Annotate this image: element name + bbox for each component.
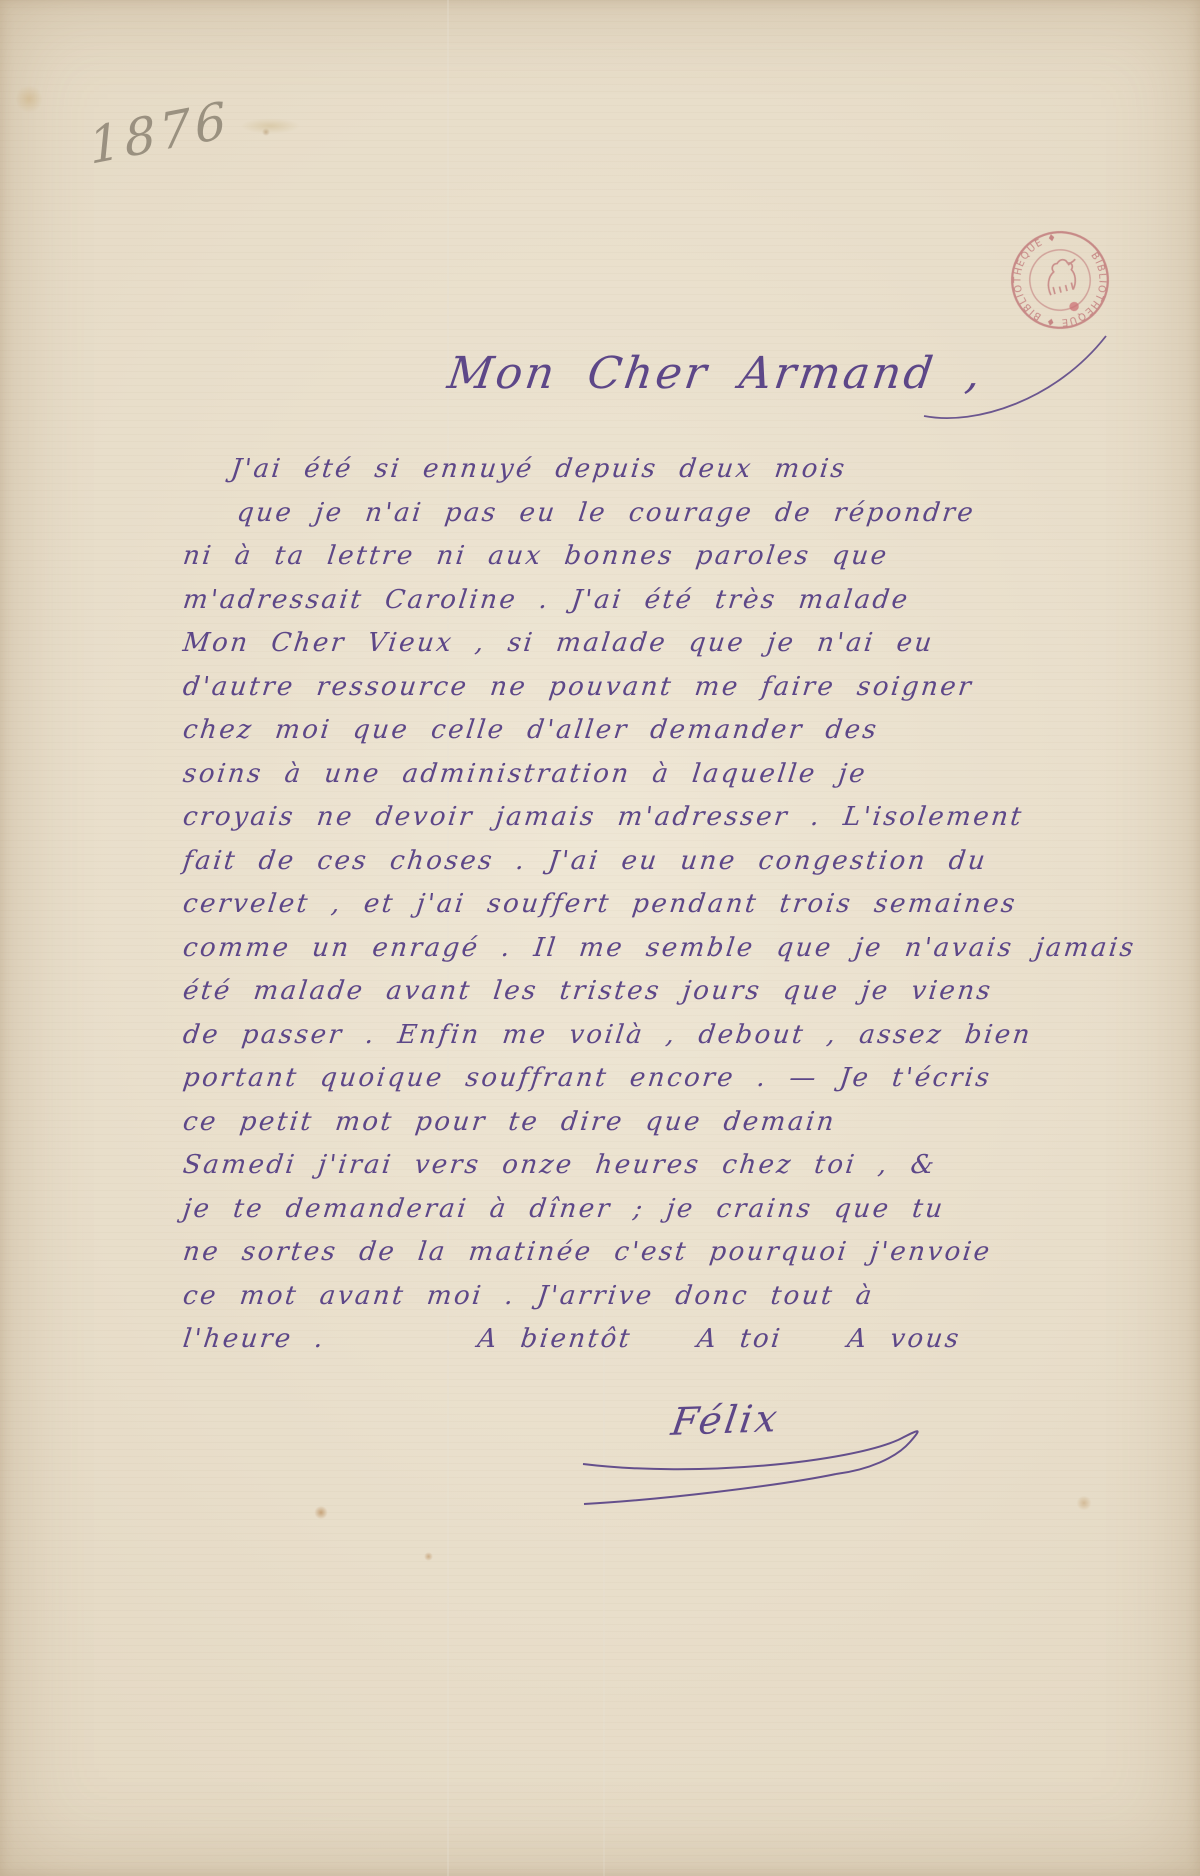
letter-line: ni à ta lettre ni aux bonnes paroles que — [180, 535, 1185, 579]
letter-line: Samedi j'irai vers onze heures chez toi … — [180, 1144, 1185, 1188]
comma-flourish-stroke — [916, 328, 1116, 432]
letter-line: l'heure . A bientôt A toi A vous — [180, 1318, 1185, 1362]
letter-line: comme un enragé . Il me semble que je n'… — [180, 927, 1185, 971]
svg-text:BIBLIOTHEQUE ♦ BIBLIOTHEQUE ♦: BIBLIOTHEQUE ♦ BIBLIOTHEQUE ♦ — [1002, 222, 1118, 338]
letter-line: J'ai été si ennuyé depuis deux mois — [180, 448, 1185, 492]
foxing-spot — [424, 1552, 433, 1561]
letter-line: ce petit mot pour te dire que demain — [180, 1101, 1185, 1145]
letter-line: cervelet , et j'ai souffert pendant troi… — [180, 883, 1185, 927]
heraldic-lion-icon — [1043, 257, 1082, 296]
stamp-rim-text: BIBLIOTHEQUE ♦ BIBLIOTHEQUE ♦ — [1002, 222, 1118, 338]
letter-line: ne sortes de la matinée c'est pourquoi j… — [180, 1231, 1185, 1275]
signature-flourish-stroke — [558, 1424, 1038, 1534]
letter-line: soins à une administration à laquelle je — [180, 753, 1185, 797]
paper-smudge — [240, 118, 300, 134]
vertical-fold-crease — [603, 1300, 605, 1876]
foxing-spot — [1076, 1496, 1092, 1510]
letter-line: que je n'ai pas eu le courage de répondr… — [180, 492, 1185, 536]
letter-line: d'autre ressource ne pouvant me faire so… — [180, 666, 1185, 710]
letter-line: m'adressait Caroline . J'ai été très mal… — [180, 579, 1185, 623]
letter-line: portant quoique souffrant encore . — Je … — [180, 1057, 1185, 1101]
letter-line: je te demanderai à dîner ; je crains que… — [180, 1188, 1185, 1232]
letter-page: 1876 BIBLIOTHEQUE ♦ BIBLIOTHEQUE ♦ Mon C… — [0, 0, 1200, 1876]
library-stamp-icon: BIBLIOTHEQUE ♦ BIBLIOTHEQUE ♦ — [997, 217, 1123, 343]
letter-line: chez moi que celle d'aller demander des — [180, 709, 1185, 753]
salutation-line: Mon Cher Armand , — [444, 348, 986, 399]
letter-line: de passer . Enfin me voilà , debout , as… — [180, 1014, 1185, 1058]
letter-line: Mon Cher Vieux , si malade que je n'ai e… — [180, 622, 1185, 666]
letter-line: croyais ne devoir jamais m'adresser . L'… — [180, 796, 1185, 840]
foxing-spot — [16, 84, 42, 114]
letter-body: J'ai été si ennuyé depuis deux moisque j… — [183, 448, 1183, 1362]
letter-line: fait de ces choses . J'ai eu une congest… — [180, 840, 1185, 884]
letter-line: été malade avant les tristes jours que j… — [180, 970, 1185, 1014]
stamp-ink-blot — [1068, 301, 1079, 312]
pencil-date-annotation: 1876 — [87, 90, 233, 175]
foxing-spot — [314, 1506, 328, 1519]
letter-line: ce mot avant moi . J'arrive donc tout à — [180, 1275, 1185, 1319]
